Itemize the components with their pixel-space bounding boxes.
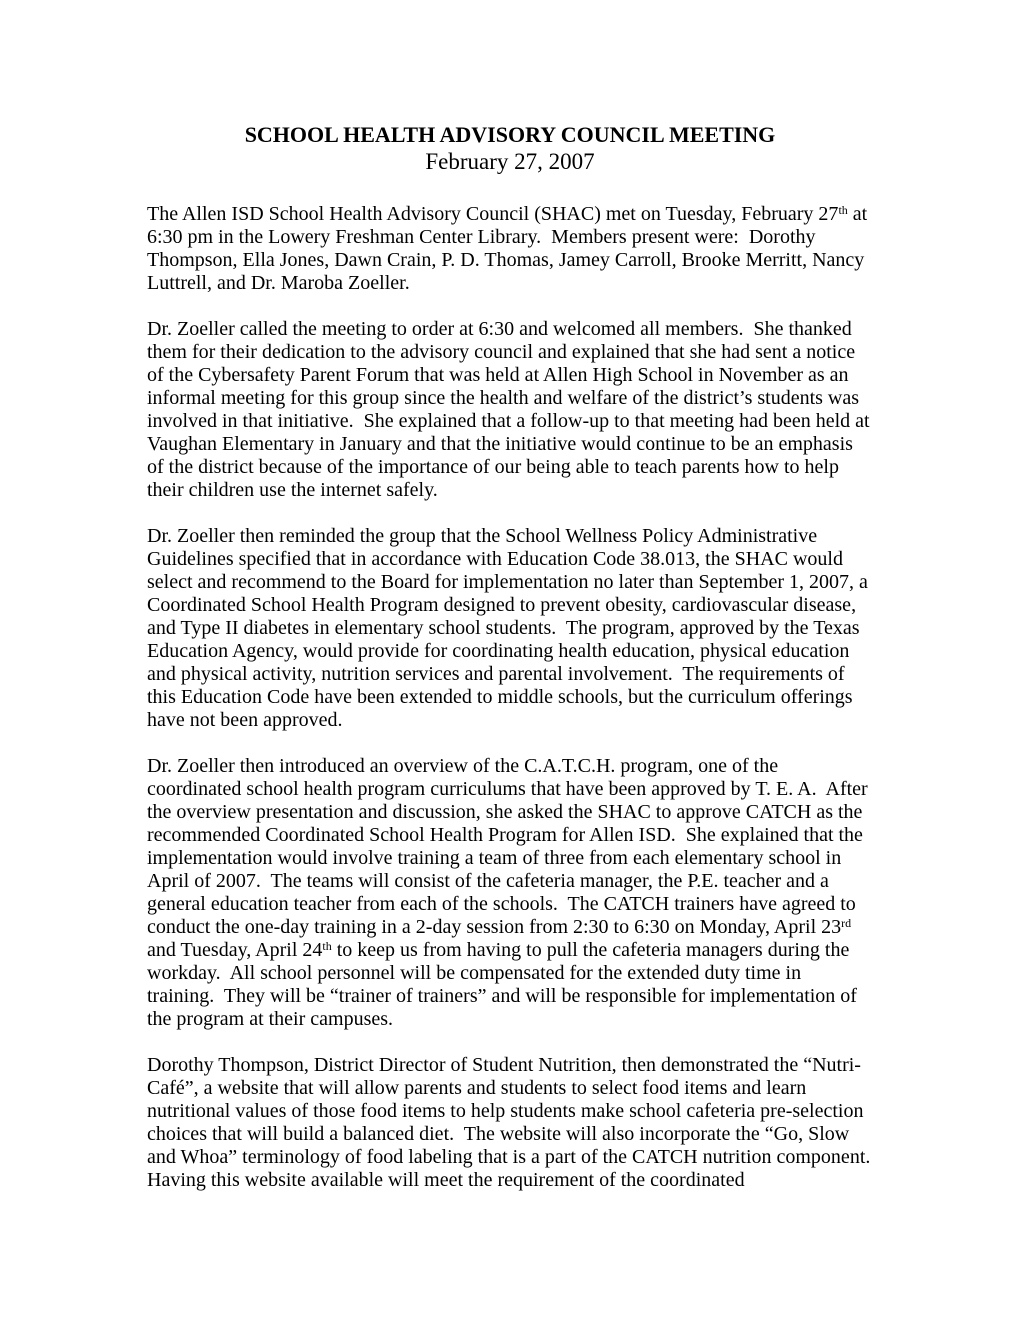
- ordinal-superscript: th: [322, 939, 331, 953]
- paragraph: Dr. Zoeller then introduced an overview …: [147, 755, 873, 1031]
- text-run: Dr. Zoeller then introduced an overview …: [147, 755, 873, 938]
- paragraph: Dr. Zoeller called the meeting to order …: [147, 318, 873, 502]
- paragraph: The Allen ISD School Health Advisory Cou…: [147, 203, 873, 295]
- document-date: February 27, 2007: [147, 148, 873, 175]
- text-run: Dorothy Thompson, District Director of S…: [147, 1054, 880, 1191]
- document-body: The Allen ISD School Health Advisory Cou…: [147, 203, 873, 1192]
- ordinal-superscript: rd: [841, 916, 851, 930]
- document-title: SCHOOL HEALTH ADVISORY COUNCIL MEETING: [147, 121, 873, 148]
- text-run: Dr. Zoeller then reminded the group that…: [147, 525, 873, 731]
- document-page: SCHOOL HEALTH ADVISORY COUNCIL MEETING F…: [0, 0, 1020, 1320]
- text-run: Dr. Zoeller called the meeting to order …: [147, 318, 874, 501]
- text-run: The Allen ISD School Health Advisory Cou…: [147, 203, 838, 225]
- paragraph: Dorothy Thompson, District Director of S…: [147, 1054, 873, 1192]
- ordinal-superscript: th: [838, 203, 847, 217]
- paragraph: Dr. Zoeller then reminded the group that…: [147, 525, 873, 732]
